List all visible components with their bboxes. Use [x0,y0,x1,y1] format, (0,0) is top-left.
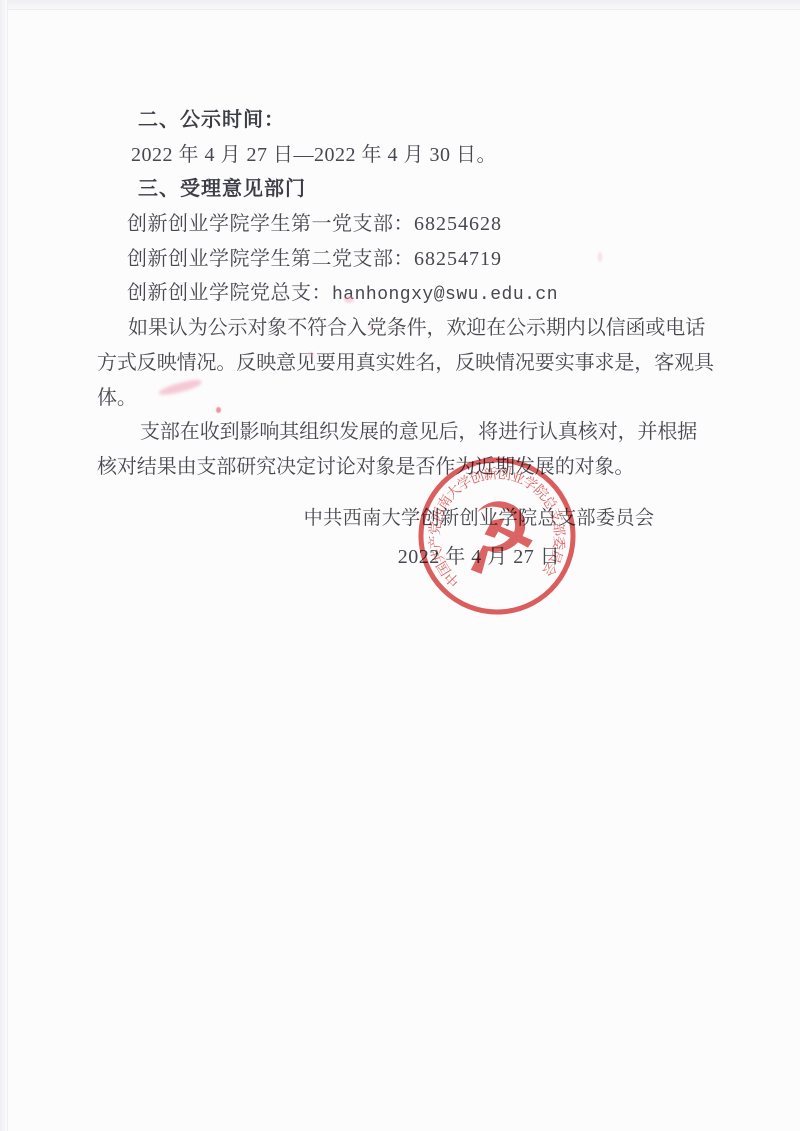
contact-label: 创新创业学院学生第一党支部： [127,213,414,235]
issue-date: 2022 年 4 月 27 日 [302,544,656,570]
contact-label: 创新创业学院学生第二党支部： [127,248,414,270]
paragraph-2-line-2: 核对结果由支部研究决定讨论对象是否作为近期发展的对象。 [97,450,703,485]
svg-text:院: 院 [530,482,551,503]
scan-edge-top [0,0,800,10]
notice-body: 二、公示时间： 2022 年 4 月 27 日—2022 年 4 月 30 日。… [97,103,703,485]
svg-text:中: 中 [441,568,463,590]
contact-phone: 68254628 [414,213,502,235]
section-3-heading: 三、受理意见部门 [97,172,703,207]
contact-line-general-branch: 创新创业学院党总支：hanhongxy@swu.edu.cn [97,276,703,311]
paragraph-1-line-3: 体。 [97,381,703,416]
contact-email: hanhongxy@swu.edu.cn [332,285,558,305]
paragraph-1-line-1: 如果认为公示对象不符合入党条件，欢迎在公示期内以信函或电话 [97,311,703,346]
scanned-document-page: 二、公示时间： 2022 年 4 月 27 日—2022 年 4 月 30 日。… [0,0,800,1131]
contact-line-branch-2: 创新创业学院学生第二党支部：68254719 [97,242,703,277]
paragraph-1-line-2: 方式反映情况。反映意见要用真实姓名，反映情况要实事求是，客观具 [97,346,703,381]
section-2-heading: 二、公示时间： [97,103,703,138]
paragraph-2-line-1: 支部在收到影响其组织发展的意见后，将进行认真核对，并根据 [97,415,703,450]
publicity-period: 2022 年 4 月 27 日—2022 年 4 月 30 日。 [97,138,703,173]
contact-phone: 68254719 [414,248,502,270]
contact-label: 创新创业学院党总支： [127,282,332,304]
scan-edge-left [0,0,8,1131]
contact-line-branch-1: 创新创业学院学生第一党支部：68254628 [97,207,703,242]
signature-block: 中共西南大学创新创业学院总支部委员会 2022 年 4 月 27 日 [302,506,656,570]
issuing-committee: 中共西南大学创新创业学院总支部委员会 [302,506,656,532]
